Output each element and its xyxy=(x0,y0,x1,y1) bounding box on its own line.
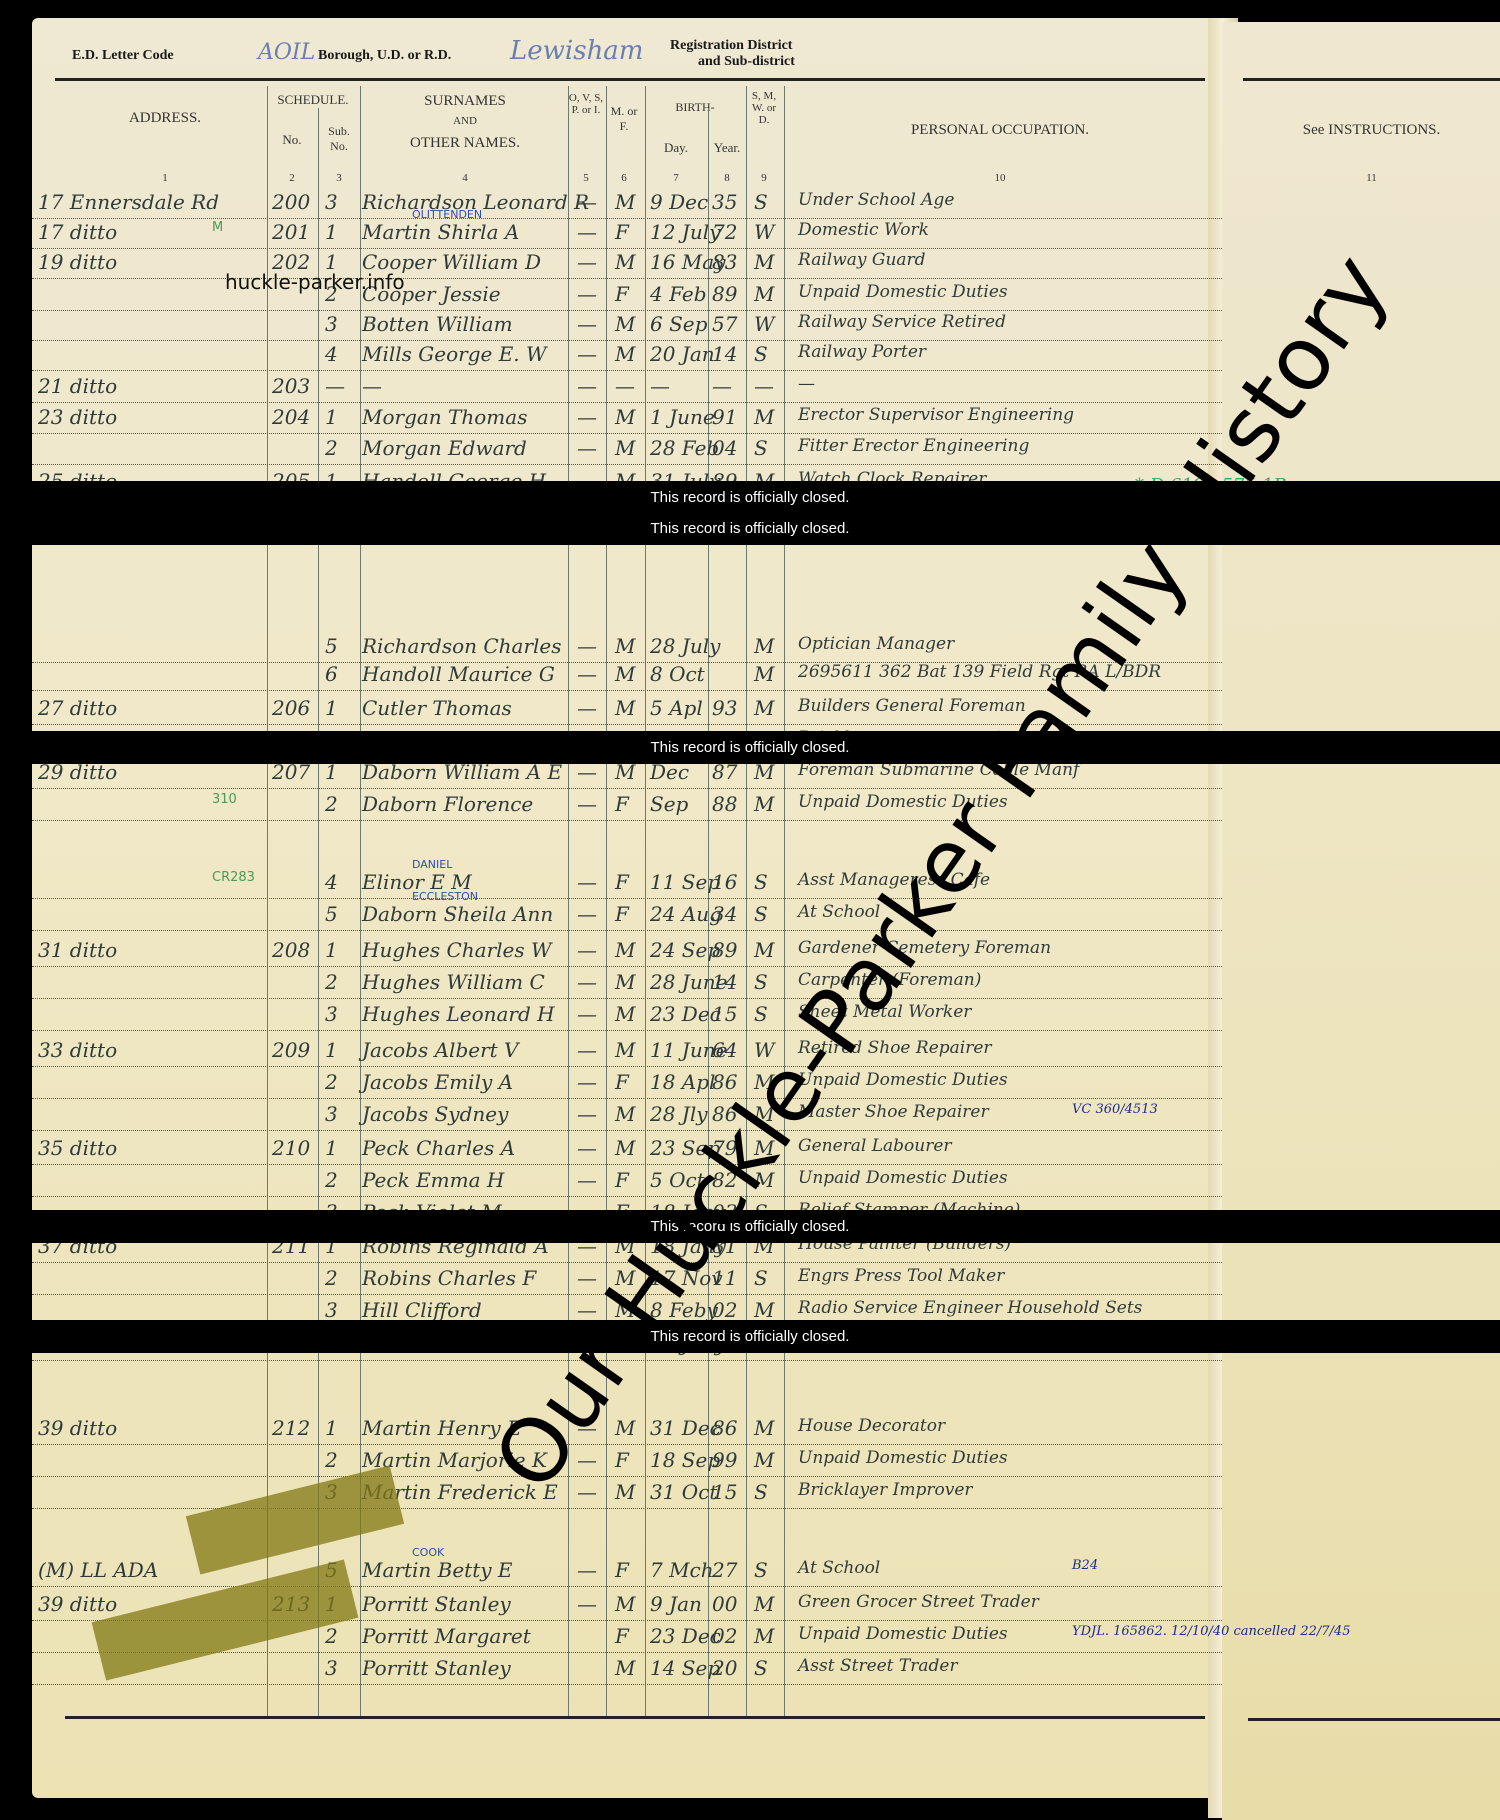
ovspi-cell: — xyxy=(577,220,597,244)
birth-day-cell: 28 Jly xyxy=(650,1102,708,1126)
margin-mark: M xyxy=(212,220,223,235)
schedule-sub-cell: 3 xyxy=(325,1102,338,1126)
marital-status-cell: S xyxy=(754,1558,768,1582)
col-birth: BIRTH- xyxy=(645,100,745,115)
occupation-cell: Bricklayer Improver xyxy=(798,1480,973,1500)
schedule-sub-cell: 6 xyxy=(325,662,338,686)
schedule-sub-cell: 3 xyxy=(325,312,338,336)
schedule-no-cell: 200 xyxy=(272,190,310,214)
schedule-sub-cell: 4 xyxy=(325,870,338,894)
schedule-no-cell: 206 xyxy=(272,696,310,720)
name-cell: Robins Charles F xyxy=(362,1266,536,1290)
schedule-sub-cell: 1 xyxy=(325,1038,338,1062)
table-row: 33 ditto2091Jacobs Albert V—M11 June64WR… xyxy=(32,1036,1222,1067)
marital-status-cell: M xyxy=(754,696,774,720)
header-rule-right xyxy=(1243,78,1500,81)
column-number: 4 xyxy=(380,172,550,184)
schedule-sub-cell: 2 xyxy=(325,1266,338,1290)
name-cell: Jacobs Albert V xyxy=(362,1038,518,1062)
ovspi-cell: — xyxy=(577,374,597,398)
col-schedule-sub: Sub. No. xyxy=(318,124,360,154)
name-cell: Morgan Thomas xyxy=(362,405,527,429)
occupation-cell: Green Grocer Street Trader xyxy=(798,1592,1039,1612)
birth-day-cell: — xyxy=(650,374,670,398)
sex-cell: M xyxy=(615,250,635,274)
name-cell: Jacobs Emily A xyxy=(362,1070,513,1094)
ovspi-cell: — xyxy=(577,250,597,274)
table-row: 2Jacobs Emily A—F18 Apl86MUnpaid Domesti… xyxy=(32,1068,1222,1099)
name-cell: Botten William xyxy=(362,312,513,336)
table-row: 3Jacobs Sydney—M28 Jly86MMaster Shoe Rep… xyxy=(32,1100,1222,1131)
name-cell: Martin Shirla A xyxy=(362,220,519,244)
birth-year-cell: 15 xyxy=(712,1480,737,1504)
closed-record-bar: This record is officially closed. xyxy=(0,1320,1500,1353)
column-number: 1 xyxy=(95,172,235,184)
address-cell: 23 ditto xyxy=(38,405,117,429)
ovspi-cell: — xyxy=(577,312,597,336)
column-number: 7 xyxy=(645,172,707,184)
birth-day-cell: 23 Dec xyxy=(650,1002,721,1026)
schedule-no-cell: 212 xyxy=(272,1416,310,1440)
birth-day-cell: 9 Dec xyxy=(650,190,708,214)
col-birth-year: Year. xyxy=(708,140,746,156)
table-row: 3Botten William—M6 Sep57WRailway Service… xyxy=(32,310,1222,341)
marital-status-cell: M xyxy=(754,634,774,658)
birth-year-cell: 86 xyxy=(712,1416,737,1440)
schedule-sub-cell: 1 xyxy=(325,1416,338,1440)
schedule-sub-cell: 1 xyxy=(325,405,338,429)
occupation-cell: Erector Supervisor Engineering xyxy=(798,405,1074,425)
occupation-cell: Unpaid Domestic Duties xyxy=(798,282,1008,302)
birth-day-cell: 28 July xyxy=(650,634,720,658)
bottom-rule-right xyxy=(1248,1718,1500,1721)
birth-day-cell: 1 June xyxy=(650,405,715,429)
ovspi-cell: — xyxy=(577,405,597,429)
schedule-no-cell: 210 xyxy=(272,1136,310,1160)
birth-day-cell: 23 Dec xyxy=(650,1624,721,1648)
ovspi-cell: — xyxy=(577,970,597,994)
schedule-sub-cell: 3 xyxy=(325,1298,338,1322)
schedule-sub-cell: 2 xyxy=(325,1070,338,1094)
schedule-sub-cell: 5 xyxy=(325,902,338,926)
schedule-sub-cell: 1 xyxy=(325,696,338,720)
sex-cell: M xyxy=(615,342,635,366)
table-row: 2Hughes William C—M28 June14SCarpenter (… xyxy=(32,968,1222,999)
col-schedule-no: No. xyxy=(268,132,316,148)
name-cell: Hughes Charles W xyxy=(362,938,552,962)
birth-day-cell: 4 Feb xyxy=(650,282,707,306)
schedule-sub-cell: 3 xyxy=(325,190,338,214)
schedule-sub-cell: 2 xyxy=(325,436,338,460)
schedule-sub-cell: 2 xyxy=(325,792,338,816)
sex-cell: M xyxy=(615,662,635,686)
occupation-cell: Railway Porter xyxy=(798,342,926,362)
birth-year-cell: — xyxy=(712,374,732,398)
birth-year-cell: 14 xyxy=(712,970,737,994)
side-note-cell: VC 360/4513 xyxy=(1072,1102,1158,1117)
marital-status-cell: S xyxy=(754,436,768,460)
col-birth-day: Day. xyxy=(645,140,707,156)
column-number: 8 xyxy=(708,172,746,184)
col-surnames-1: SURNAMES xyxy=(380,93,550,110)
name-cell: Cutler Thomas xyxy=(362,696,512,720)
address-cell: 19 ditto xyxy=(38,250,117,274)
name-cell: Peck Emma H xyxy=(362,1168,504,1192)
schedule-no-cell: 209 xyxy=(272,1038,310,1062)
table-row: 2Morgan Edward—M28 Feb04SFitter Erector … xyxy=(32,434,1222,465)
sex-cell: M xyxy=(615,1656,635,1680)
name-cell: Hughes Leonard H xyxy=(362,1002,555,1026)
marital-status-cell: M xyxy=(754,282,774,306)
closed-record-bar: This record is officially closed. xyxy=(0,731,1500,764)
birth-day-cell: 18 Apl xyxy=(650,1070,715,1094)
occupation-cell: Fitter Erector Engineering xyxy=(798,436,1029,456)
col-address: ADDRESS. xyxy=(95,110,235,127)
name-cell: Porritt Stanley xyxy=(362,1592,511,1616)
occupation-cell: Unpaid Domestic Duties xyxy=(798,1624,1008,1644)
marital-status-cell: M xyxy=(754,405,774,429)
occupation-cell: Unpaid Domestic Duties xyxy=(798,1168,1008,1188)
col-schedule: SCHEDULE. xyxy=(268,92,358,108)
sex-cell: F xyxy=(615,1558,629,1582)
ovspi-cell: — xyxy=(577,902,597,926)
table-row: 2Martin Marjorie K—F18 Sep99MUnpaid Dome… xyxy=(32,1446,1222,1477)
col-instructions: See INSTRUCTIONS. xyxy=(1243,122,1500,139)
schedule-sub-cell: 4 xyxy=(325,342,338,366)
birth-year-cell: 83 xyxy=(712,250,737,274)
name-annotation: DANIEL xyxy=(412,858,452,871)
schedule-sub-cell: 2 xyxy=(325,1624,338,1648)
birth-year-cell: 57 xyxy=(712,312,737,336)
borough-value: Lewisham xyxy=(510,36,643,66)
birth-day-cell: 11 Sep xyxy=(650,870,720,894)
birth-day-cell: 18 Sep xyxy=(650,1448,720,1472)
table-row: 17 Ennersdale Rd2003Richardson Leonard R… xyxy=(32,188,1222,219)
name-cell: Mills George E. W xyxy=(362,342,547,366)
ovspi-cell: — xyxy=(577,1102,597,1126)
birth-year-cell: 72 xyxy=(712,220,737,244)
birth-year-cell: 89 xyxy=(712,938,737,962)
col-surnames-2: AND xyxy=(380,115,550,127)
bottom-rule xyxy=(65,1716,1205,1719)
marital-status-cell: S xyxy=(754,342,768,366)
sex-cell: M xyxy=(615,696,635,720)
col-mf: M. or F. xyxy=(606,104,642,134)
col-ovspi: O, V, S, P. or I. xyxy=(568,92,604,116)
table-row: 23 ditto2041Morgan Thomas—M1 June91MErec… xyxy=(32,403,1222,434)
column-number: 9 xyxy=(746,172,782,184)
birth-day-cell: 20 Jan xyxy=(650,342,715,366)
sex-cell: M xyxy=(615,1136,635,1160)
ovspi-cell: — xyxy=(577,1002,597,1026)
birth-year-cell: 16 xyxy=(712,870,737,894)
birth-day-cell: 14 Sep xyxy=(650,1656,720,1680)
side-note-cell: YDJL. 165862. 12/10/40 cancelled 22/7/45 xyxy=(1072,1624,1350,1639)
ovspi-cell: — xyxy=(577,792,597,816)
closed-record-bar: This record is officially closed. xyxy=(0,512,1500,545)
birth-day-cell: 31 Dec xyxy=(650,1416,721,1440)
name-cell: Morgan Edward xyxy=(362,436,527,460)
sex-cell: F xyxy=(615,1624,629,1648)
name-cell: Daborn Sheila Ann xyxy=(362,902,553,926)
marital-status-cell: M xyxy=(754,1624,774,1648)
ovspi-cell: — xyxy=(577,282,597,306)
sex-cell: M xyxy=(615,405,635,429)
sex-cell: M xyxy=(615,634,635,658)
marital-status-cell: M xyxy=(754,1416,774,1440)
sex-cell: F xyxy=(615,1448,629,1472)
sex-cell: F xyxy=(615,220,629,244)
ovspi-cell: — xyxy=(577,1480,597,1504)
column-number: 11 xyxy=(1243,172,1500,184)
table-row: 4Mills George E. W—M20 Jan14SRailway Por… xyxy=(32,340,1222,371)
table-row: 3Porritt StanleyM14 Sep20SAsst Street Tr… xyxy=(32,1654,1222,1685)
birth-day-cell: 5 Apl xyxy=(650,696,703,720)
sex-cell: F xyxy=(615,870,629,894)
table-row: 35 ditto2101Peck Charles A—M23 Sep79MGen… xyxy=(32,1134,1222,1165)
ovspi-cell: — xyxy=(577,662,597,686)
schedule-no-cell: 203 xyxy=(272,374,310,398)
address-cell: (M) LL ADA xyxy=(38,1558,158,1582)
marital-status-cell: — xyxy=(754,374,774,398)
schedule-sub-cell: 1 xyxy=(325,1136,338,1160)
sex-cell: M xyxy=(615,1480,635,1504)
column-number: 2 xyxy=(268,172,316,184)
ovspi-cell: — xyxy=(577,634,597,658)
marital-status-cell: M xyxy=(754,1592,774,1616)
sex-cell: M xyxy=(615,1038,635,1062)
marital-status-cell: M xyxy=(754,1448,774,1472)
marital-status-cell: S xyxy=(754,1002,768,1026)
marital-status-cell: W xyxy=(754,312,775,336)
name-annotation: OLITTENDEN xyxy=(412,208,482,221)
birth-day-cell: 7 Mch xyxy=(650,1558,714,1582)
name-cell: Porritt Margaret xyxy=(362,1624,531,1648)
col-occupation: PERSONAL OCCUPATION. xyxy=(790,122,1210,139)
sex-cell: M xyxy=(615,312,635,336)
occupation-cell: At School xyxy=(798,1558,880,1578)
ovspi-cell: — xyxy=(577,1592,597,1616)
birth-year-cell: 99 xyxy=(712,1448,737,1472)
birth-day-cell: 31 Oct xyxy=(650,1480,717,1504)
col-surnames-3: OTHER NAMES. xyxy=(380,135,550,152)
birth-year-cell: 91 xyxy=(712,405,737,429)
ed-letter-code-label: E.D. Letter Code xyxy=(72,48,174,64)
birth-day-cell: 24 Sep xyxy=(650,938,720,962)
birth-year-cell: 93 xyxy=(712,696,737,720)
ovspi-cell: — xyxy=(577,696,597,720)
marital-status-cell: S xyxy=(754,1480,768,1504)
table-row: 31 ditto2081Hughes Charles W—M24 Sep89MG… xyxy=(32,936,1222,967)
sex-cell: F xyxy=(615,282,629,306)
sex-cell: F xyxy=(615,1070,629,1094)
name-cell: Hill Clifford xyxy=(362,1298,482,1322)
occupation-cell: Engrs Press Tool Maker xyxy=(798,1266,1004,1286)
sex-cell: — xyxy=(615,374,635,398)
sex-cell: M xyxy=(615,938,635,962)
marital-status-cell: S xyxy=(754,902,768,926)
name-cell: Daborn Florence xyxy=(362,792,533,816)
name-cell: Richardson Charles xyxy=(362,634,562,658)
name-cell: Martin Betty E xyxy=(362,1558,513,1582)
address-cell: 21 ditto xyxy=(38,374,117,398)
occupation-cell: Unpaid Domestic Duties xyxy=(798,1448,1008,1468)
address-cell: 31 ditto xyxy=(38,938,117,962)
table-row: 5Daborn Sheila Ann—F24 Aug34SAt SchoolEC… xyxy=(32,900,1222,931)
birth-day-cell: 28 Feb xyxy=(650,436,719,460)
registration-label-1: Registration District xyxy=(670,38,792,54)
marital-status-cell: M xyxy=(754,250,774,274)
marital-status-cell: M xyxy=(754,938,774,962)
column-number: 10 xyxy=(790,172,1210,184)
schedule-no-cell: 208 xyxy=(272,938,310,962)
name-cell: Jacobs Sydney xyxy=(362,1102,508,1126)
table-row: 2Cooper Jessie—F4 Feb89MUnpaid Domestic … xyxy=(32,280,1222,311)
schedule-no-cell: 201 xyxy=(272,220,310,244)
occupation-cell: Asst Street Trader xyxy=(798,1656,958,1676)
birth-year-cell: 02 xyxy=(712,1624,737,1648)
schedule-no-cell: 204 xyxy=(272,405,310,429)
schedule-sub-cell: 2 xyxy=(325,1168,338,1192)
header-rule xyxy=(55,78,1205,81)
address-cell: 35 ditto xyxy=(38,1136,117,1160)
sex-cell: F xyxy=(615,902,629,926)
name-annotation: COOK xyxy=(412,1546,444,1559)
marital-status-cell: S xyxy=(754,870,768,894)
ovspi-cell: — xyxy=(577,1558,597,1582)
address-cell: 33 ditto xyxy=(38,1038,117,1062)
ovspi-cell: — xyxy=(577,1168,597,1192)
birth-year-cell: 34 xyxy=(712,902,737,926)
occupation-cell: General Labourer xyxy=(798,1136,952,1156)
marital-status-cell: M xyxy=(754,662,774,686)
occupation-cell: Radio Service Engineer Household Sets xyxy=(798,1298,1142,1318)
occupation-cell: Domestic Work xyxy=(798,220,929,240)
table-row: 19 ditto2021Cooper William D—M16 May83MR… xyxy=(32,248,1222,279)
ovspi-cell: — xyxy=(577,938,597,962)
birth-year-cell: 00 xyxy=(712,1592,737,1616)
occupation-cell: Railway Guard xyxy=(798,250,926,270)
ovspi-cell: — xyxy=(577,436,597,460)
marital-status-cell: S xyxy=(754,1656,768,1680)
birth-year-cell: 15 xyxy=(712,1002,737,1026)
registration-label-2: and Sub-district xyxy=(698,54,795,70)
sex-cell: M xyxy=(615,436,635,460)
ovspi-cell: — xyxy=(577,1038,597,1062)
margin-mark: 310 xyxy=(212,792,237,807)
table-row: 21 ditto203———————— xyxy=(32,372,1222,403)
birth-year-cell: 89 xyxy=(712,282,737,306)
occupation-cell: Under School Age xyxy=(798,190,954,210)
table-row: 39 ditto2121Martin Henry E—M31 Dec86MHou… xyxy=(32,1414,1222,1445)
ovspi-cell: — xyxy=(577,1070,597,1094)
sex-cell: M xyxy=(615,1002,635,1026)
birth-year-cell: 02 xyxy=(712,1298,737,1322)
marital-status-cell: M xyxy=(754,792,774,816)
address-cell: 17 ditto xyxy=(38,220,117,244)
col-smwd: S, M, W. or D. xyxy=(746,90,782,126)
sex-cell: M xyxy=(615,1102,635,1126)
schedule-sub-cell: 2 xyxy=(325,970,338,994)
address-cell: 39 ditto xyxy=(38,1592,117,1616)
sex-cell: M xyxy=(615,970,635,994)
birth-year-cell: 64 xyxy=(712,1038,737,1062)
occupation-cell: House Decorator xyxy=(798,1416,945,1436)
birth-year-cell: 20 xyxy=(712,1656,737,1680)
table-row: 3Martin Frederick E—M31 Oct15SBricklayer… xyxy=(32,1478,1222,1509)
marital-status-cell: W xyxy=(754,220,775,244)
table-row: 3Hughes Leonard H—M23 Dec15SSheet Metal … xyxy=(32,1000,1222,1031)
table-row: 2Peck Emma H—F5 Oct82MUnpaid Domestic Du… xyxy=(32,1166,1222,1197)
ed-letter-code-value: AOIL xyxy=(258,40,315,65)
occupation-cell: Optician Manager xyxy=(798,634,954,654)
ovspi-cell: — xyxy=(577,1136,597,1160)
birth-year-cell: 88 xyxy=(712,792,737,816)
birth-day-cell: Sep xyxy=(650,792,688,816)
name-cell: — xyxy=(362,374,382,398)
schedule-sub-cell: 3 xyxy=(325,1656,338,1680)
schedule-sub-cell: — xyxy=(325,374,345,398)
birth-day-cell: 8 Oct xyxy=(650,662,705,686)
address-cell: 39 ditto xyxy=(38,1416,117,1440)
marital-status-cell: S xyxy=(754,190,768,214)
column-number: 3 xyxy=(318,172,360,184)
closed-record-bar: This record is officially closed. xyxy=(0,481,1500,514)
birth-day-cell: 12 July xyxy=(650,220,720,244)
schedule-sub-cell: 5 xyxy=(325,634,338,658)
marital-status-cell: M xyxy=(754,1298,774,1322)
sex-cell: M xyxy=(615,190,635,214)
occupation-cell: — xyxy=(798,374,815,394)
ovspi-cell: — xyxy=(577,342,597,366)
birth-year-cell: 14 xyxy=(712,342,737,366)
sex-cell: F xyxy=(615,792,629,816)
column-number: 6 xyxy=(606,172,642,184)
ovspi-cell: — xyxy=(577,190,597,214)
birth-year-cell: 35 xyxy=(712,190,737,214)
name-cell: Peck Charles A xyxy=(362,1136,515,1160)
schedule-sub-cell: 1 xyxy=(325,220,338,244)
schedule-sub-cell: 1 xyxy=(325,938,338,962)
marital-status-cell: S xyxy=(754,1266,768,1290)
table-row: 4Elinor E M—F11 Sep16SAsst Manageress Ca… xyxy=(32,868,1222,899)
birth-year-cell: 04 xyxy=(712,436,737,460)
name-annotation: ECCLESTON xyxy=(412,890,478,903)
name-cell: Porritt Stanley xyxy=(362,1656,511,1680)
site-watermark: huckle-parker.info xyxy=(225,270,405,294)
column-number: 5 xyxy=(568,172,604,184)
birth-year-cell: 27 xyxy=(712,1558,737,1582)
sex-cell: M xyxy=(615,1592,635,1616)
side-note-cell: B24 xyxy=(1072,1558,1098,1573)
margin-mark: CR283 xyxy=(212,870,255,885)
ovspi-cell: — xyxy=(577,870,597,894)
birth-day-cell: 6 Sep xyxy=(650,312,707,336)
name-cell: Hughes William C xyxy=(362,970,545,994)
marital-status-cell: S xyxy=(754,970,768,994)
table-row: 17 ditto2011Martin Shirla A—F12 July72WD… xyxy=(32,218,1222,249)
birth-day-cell: 9 Jan xyxy=(650,1592,702,1616)
address-cell: 27 ditto xyxy=(38,696,117,720)
sex-cell: F xyxy=(615,1168,629,1192)
address-cell: 17 Ennersdale Rd xyxy=(38,190,219,214)
schedule-sub-cell: 3 xyxy=(325,1002,338,1026)
schedule-sub-cell: 2 xyxy=(325,1448,338,1472)
occupation-cell: Railway Service Retired xyxy=(798,312,1006,332)
borough-label: Borough, U.D. or R.D. xyxy=(318,48,451,64)
name-cell: Handoll Maurice G xyxy=(362,662,555,686)
